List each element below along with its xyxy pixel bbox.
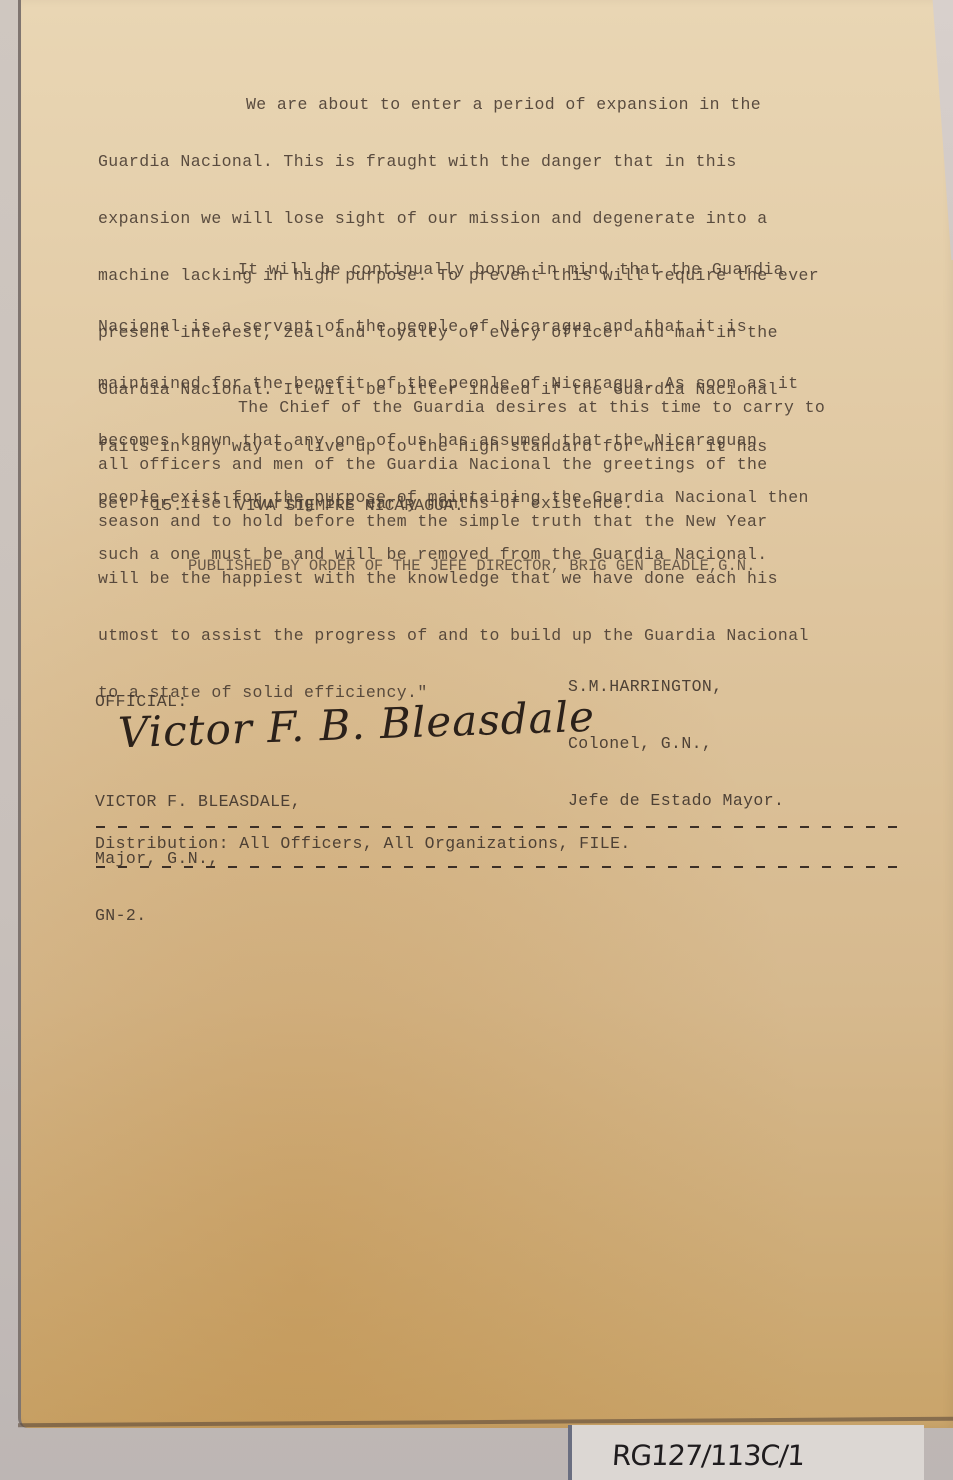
archive-reference: RG127/113C/1	[611, 1439, 806, 1472]
dashed-separator-bottom	[96, 866, 906, 868]
archive-label-card: RG127/113C/1	[568, 1425, 924, 1480]
paragraph-line: Guardia Nacional. This is fraught with t…	[98, 152, 819, 171]
chief-of-staff-title: Jefe de Estado Mayor.	[568, 791, 784, 810]
paragraph-line: all officers and men of the Guardia Naci…	[98, 455, 825, 474]
chief-of-staff-block: S.M.HARRINGTON, Colonel, G.N., Jefe de E…	[568, 639, 784, 829]
dashed-separator-top	[96, 826, 906, 828]
paragraph-line: It will be continually borne in mind tha…	[98, 260, 809, 279]
distribution-line: Distribution: All Officers, All Organiza…	[95, 834, 631, 853]
chief-of-staff-name: S.M.HARRINGTON,	[568, 677, 784, 696]
official-name: VICTOR F. BLEASDALE,	[95, 792, 301, 811]
item-number: 15.	[152, 496, 183, 515]
official-office: GN-2.	[95, 906, 301, 925]
paragraph-line: Nacional is a servant of the people of N…	[98, 317, 809, 336]
item-text: VIVA SIEMPRE NICARAGUA.	[236, 496, 464, 515]
chief-of-staff-rank: Colonel, G.N.,	[568, 734, 784, 753]
paragraph-line: The Chief of the Guardia desires at this…	[98, 398, 825, 417]
published-by-line: PUBLISHED BY ORDER OF THE JEFE DIRECTOR,…	[188, 557, 755, 576]
paragraph-line: We are about to enter a period of expans…	[98, 95, 819, 114]
